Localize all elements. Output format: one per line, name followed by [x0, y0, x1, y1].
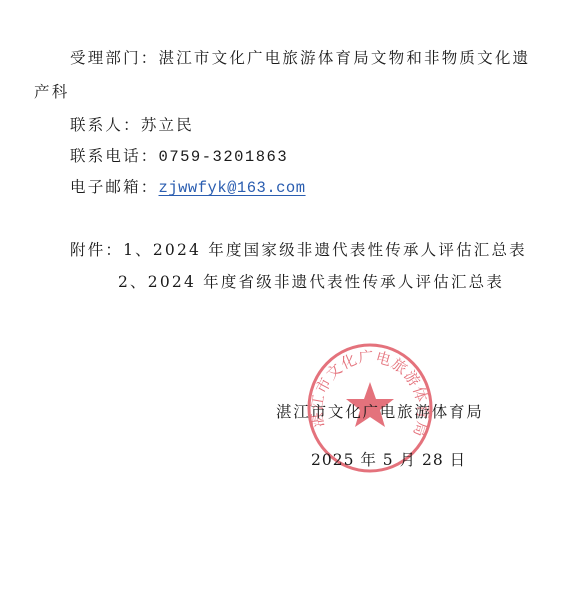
email-label: 电子邮箱： [70, 178, 159, 196]
attachment-year: 2024 [148, 273, 196, 291]
attachment-line-2: 2、2024 年度省级非遗代表性传承人评估汇总表 [118, 272, 504, 292]
attachment-number: 1、 [123, 241, 153, 259]
email-line: 电子邮箱：zjwwfyk@163.com [70, 177, 306, 198]
department-line: 受理部门：湛江市文化广电旅游体育局文物和非物质文化遗 [70, 48, 530, 68]
contact-person-value: 苏立民 [141, 116, 194, 134]
attachment-line-1: 附件：1、2024 年度国家级非遗代表性传承人评估汇总表 [70, 240, 527, 260]
attachment-title: 年度国家级非遗代表性传承人评估汇总表 [208, 241, 527, 259]
attachment-year: 2024 [153, 241, 201, 259]
attachment-title: 年度省级非遗代表性传承人评估汇总表 [203, 273, 504, 291]
department-value: 湛江市文化广电旅游体育局文物和非物质文化遗 [159, 49, 531, 67]
department-value-continued: 产科 [34, 83, 69, 101]
phone-label: 联系电话： [70, 147, 159, 165]
attachments-label: 附件： [70, 241, 123, 259]
contact-person-label: 联系人： [70, 116, 141, 134]
contact-person-line: 联系人：苏立民 [70, 115, 194, 135]
issue-date: 2025 年 5 月 28 日 [311, 450, 564, 470]
issuing-organization: 湛江市文化广电旅游体育局 [276, 402, 564, 422]
department-label: 受理部门： [70, 49, 159, 67]
department-line-continued: 产科 [34, 82, 69, 102]
phone-value: 0759-3201863 [159, 148, 289, 166]
email-link[interactable]: zjwwfyk@163.com [159, 179, 306, 197]
attachment-number: 2、 [118, 273, 148, 291]
phone-line: 联系电话：0759-3201863 [70, 146, 288, 167]
